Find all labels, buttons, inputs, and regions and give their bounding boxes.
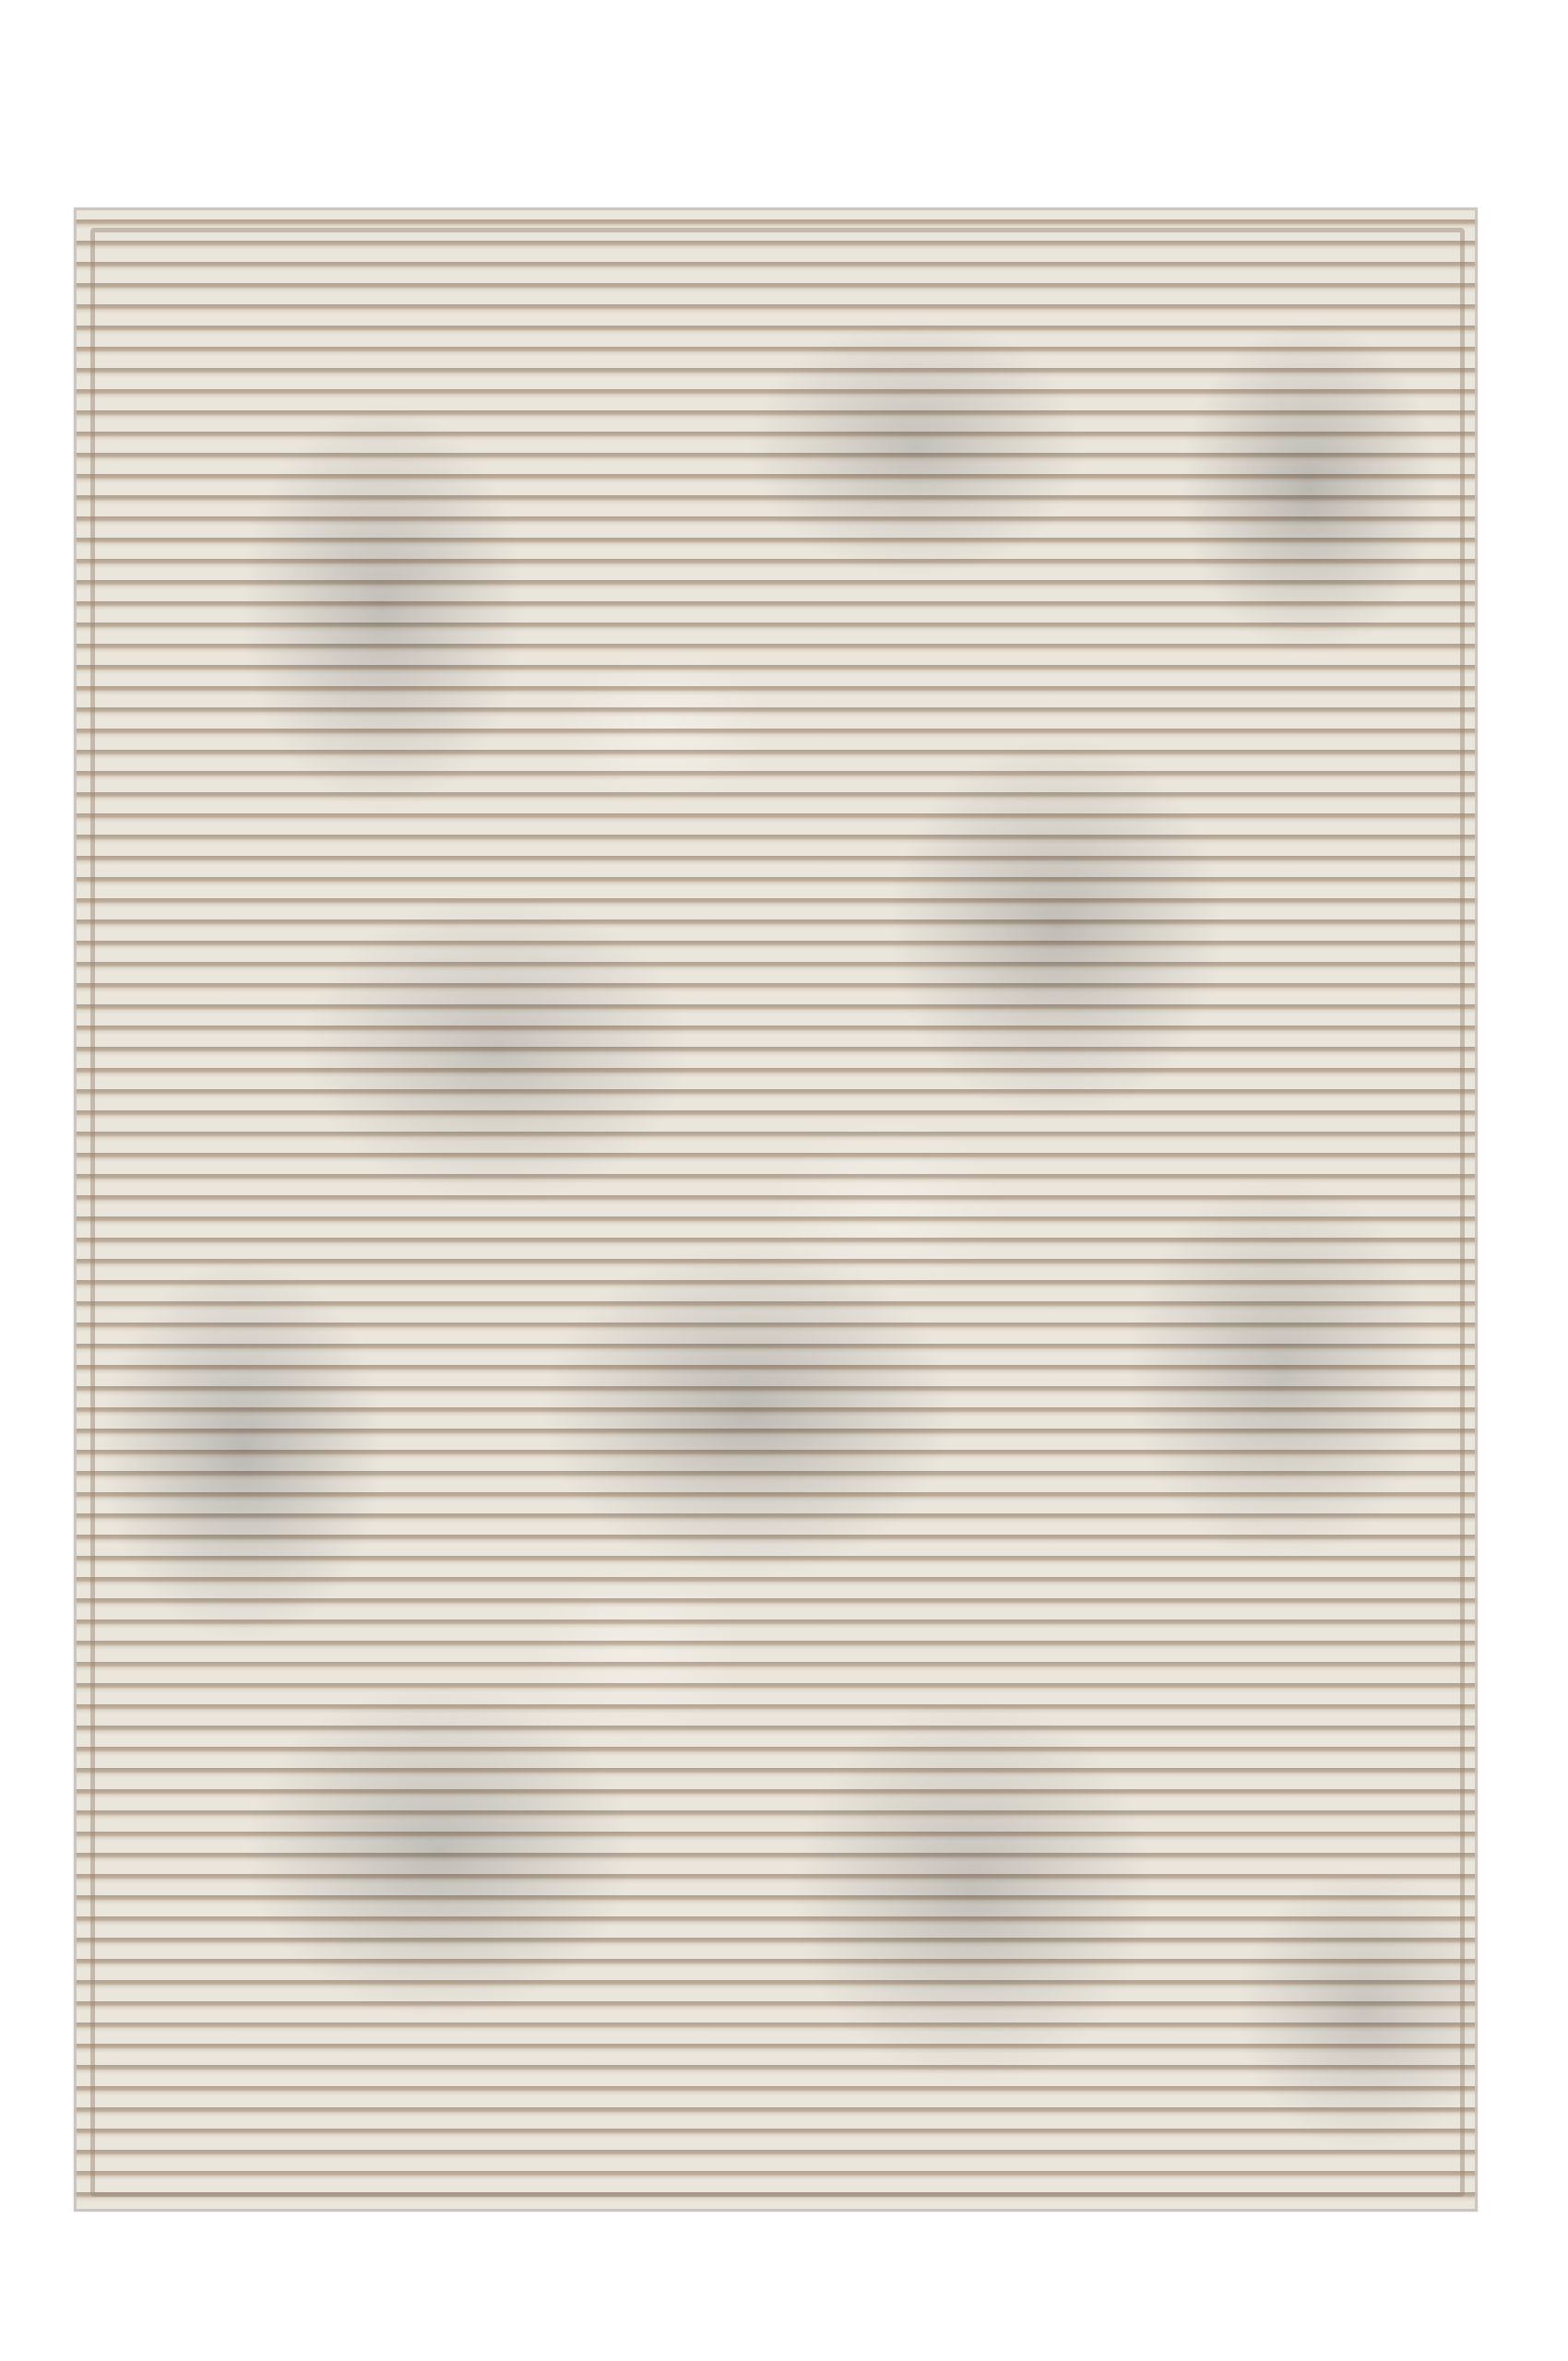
- rug-binding-edge: [74, 208, 1478, 2212]
- rug: [74, 208, 1478, 2212]
